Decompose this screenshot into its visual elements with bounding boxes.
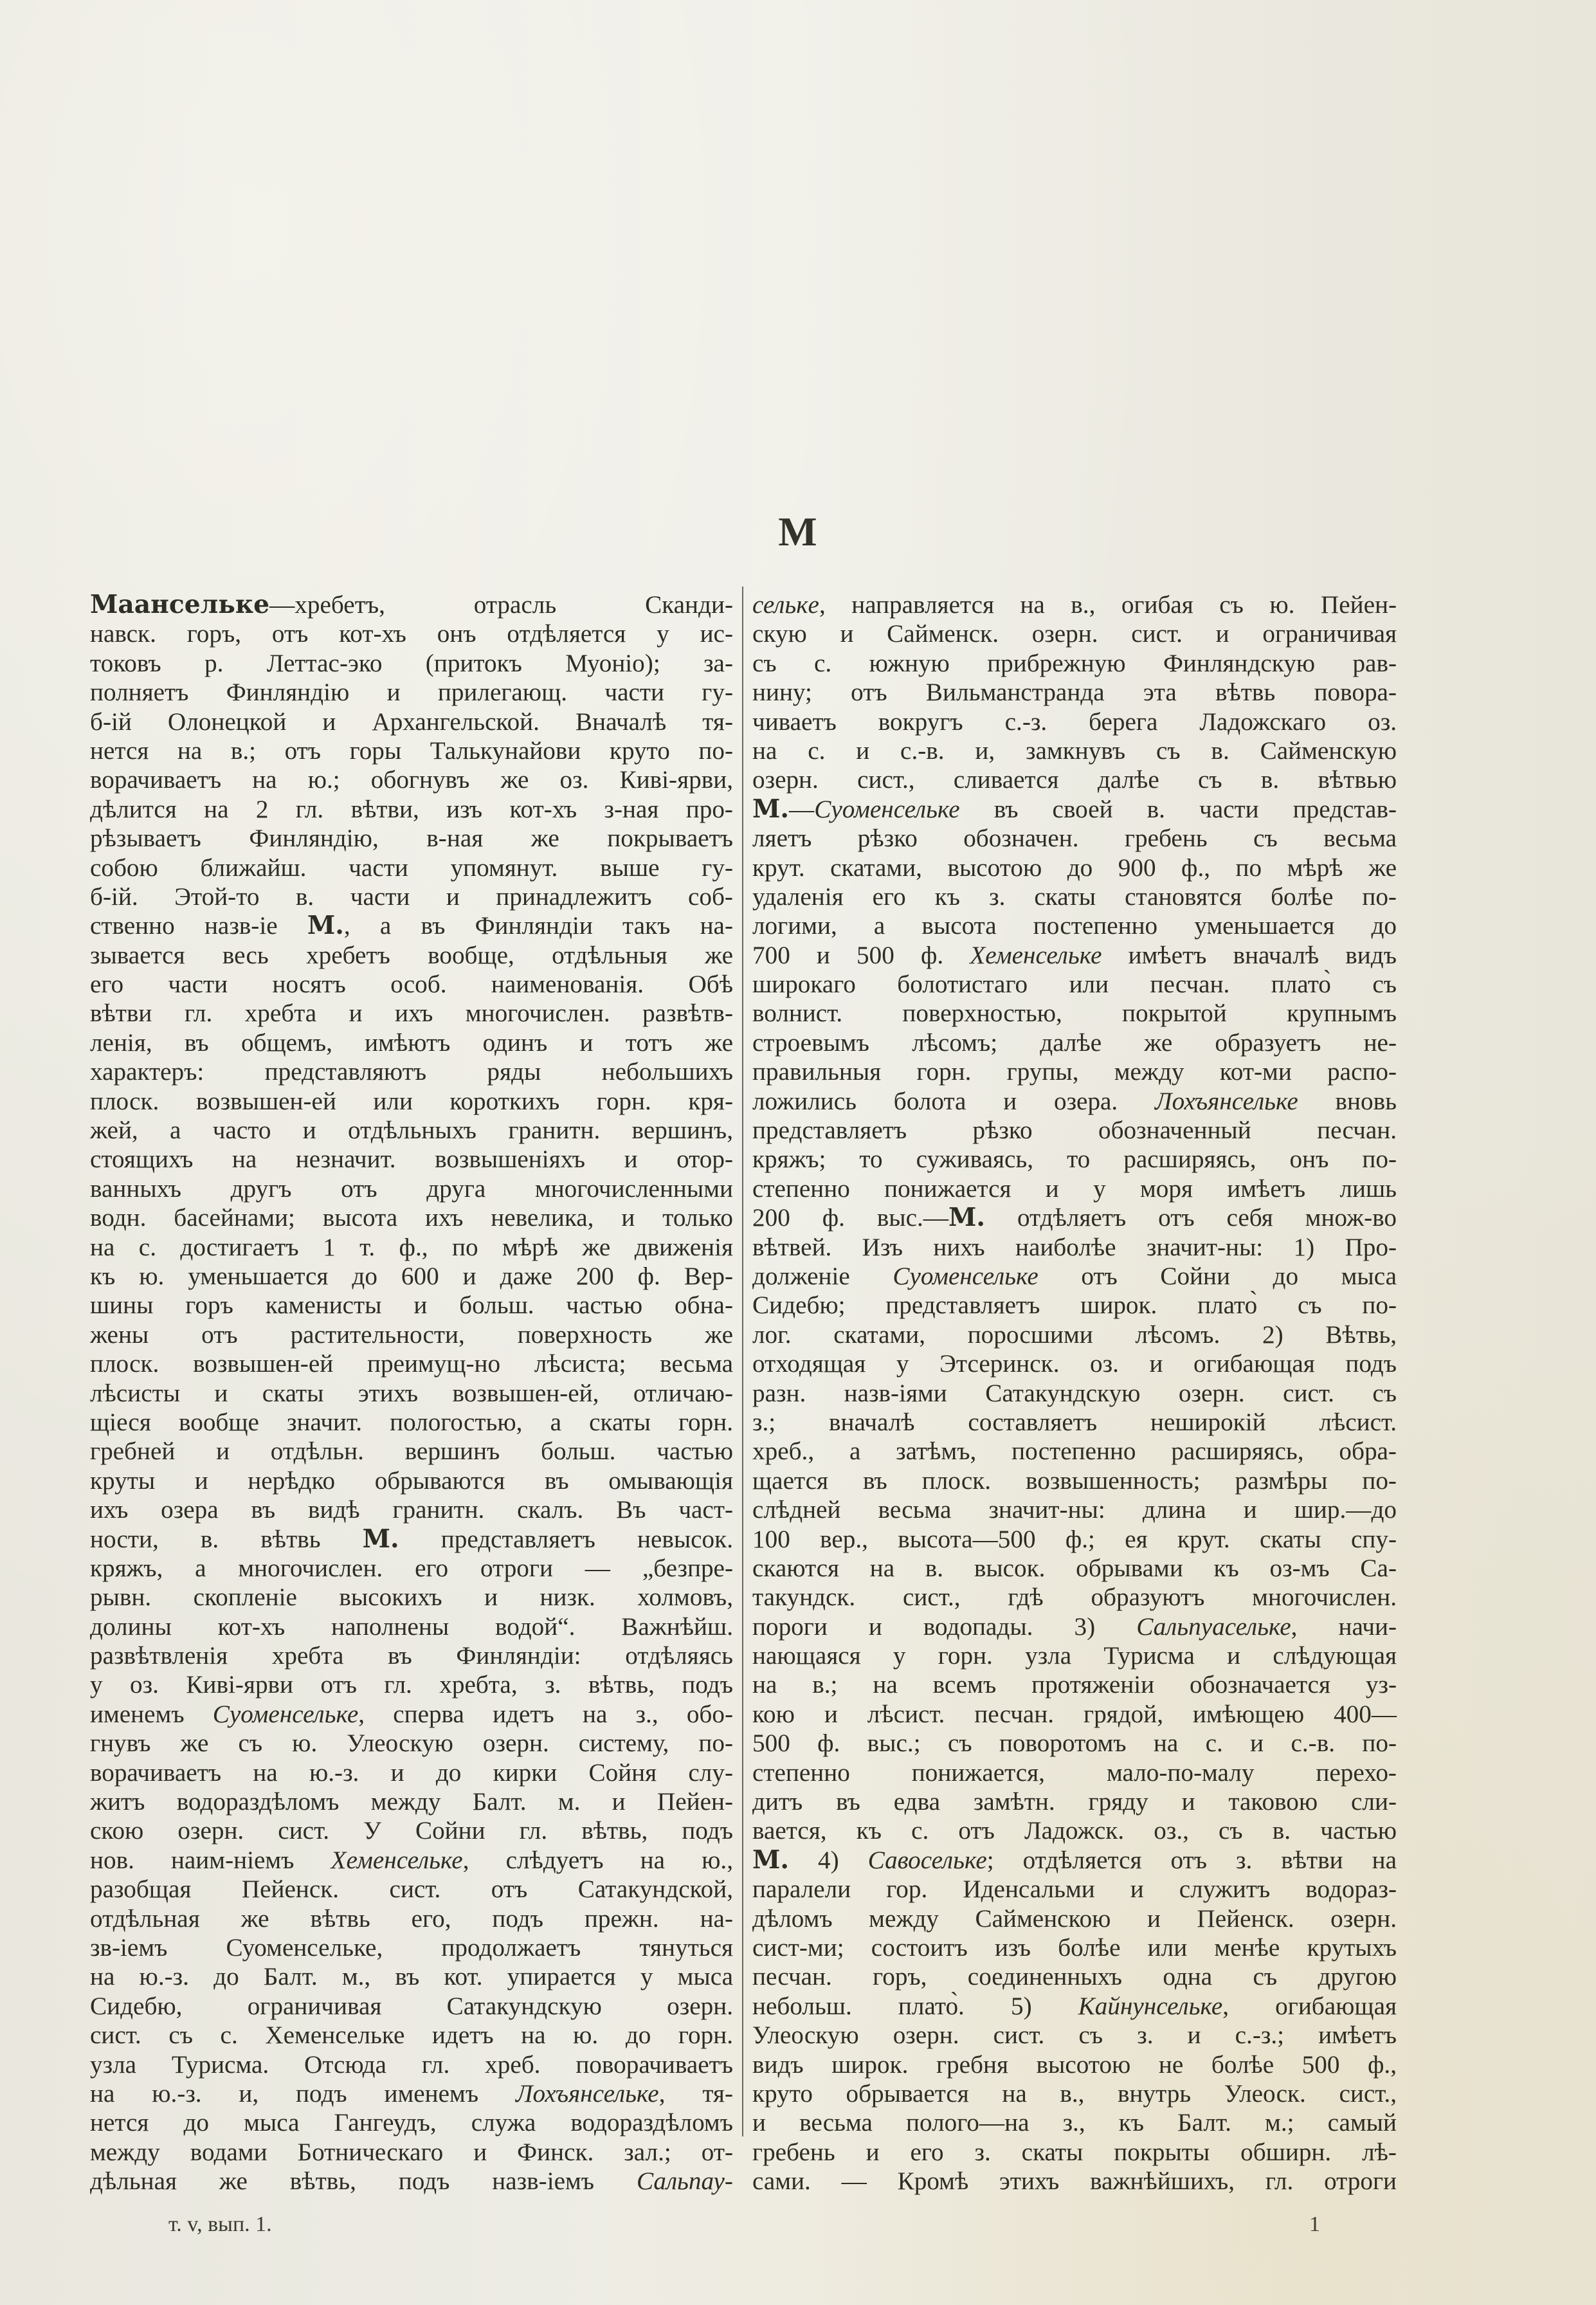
text-line: ворачиваетъ на ю.; обогнувъ же оз. Киві-… [90, 765, 733, 794]
text-line: гребней и отдѣльн. вершинъ больш. частью [90, 1437, 733, 1466]
text-line: вается, къ с. отъ Ладожск. оз., съ в. ча… [752, 1816, 1397, 1845]
text-run: крут. скатами, высотою до 900 ф., по мѣр… [752, 854, 1397, 882]
text-line: щается въ плоск. возвышенность; размѣры … [752, 1466, 1397, 1495]
text-line: съ с. южную прибрежную Финляндскую рав- [752, 649, 1397, 678]
text-line: у оз. Киві-ярви отъ гл. хребта, з. вѣтвь… [90, 1670, 733, 1699]
text-line: нающаяся у горн. узла Турисма и слѣдующа… [752, 1641, 1397, 1670]
text-line: паралели гор. Иденсальми и служитъ водор… [752, 1875, 1397, 1904]
text-run: шины горъ каменисты и больш. частью обна… [90, 1291, 733, 1319]
italic-term: Лохъянсельке [516, 2080, 659, 2108]
text-run: ванныхъ другъ отъ друга многочисленными [90, 1175, 733, 1203]
text-run: собою ближайш. части упомянут. выше гу- [90, 854, 733, 882]
text-line: полняетъ Финляндію и прилегающ. части гу… [90, 678, 733, 707]
text-run: зывается весь хребетъ вообще, отдѣльныя … [90, 942, 733, 969]
text-run: разобщая Пейенск. сист. отъ Сатакундской… [90, 1875, 733, 1903]
text-run: стоящихъ на незначит. возвышеніяхъ и ото… [90, 1145, 733, 1173]
text-run: 500 ф. выс.; съ поворотомъ на с. и с.-в.… [752, 1729, 1397, 1757]
text-run: именемъ [90, 1700, 213, 1728]
text-run: на в.; на всемъ протяженіи обозначается … [752, 1671, 1397, 1699]
text-run: —хребетъ, отрасль Сканди- [269, 591, 733, 619]
text-run: вается, къ с. отъ Ладожск. оз., съ в. ча… [752, 1817, 1397, 1845]
text-run: , начи- [1291, 1613, 1397, 1641]
text-run: степенно понижается и у моря имѣетъ лишь [752, 1175, 1397, 1203]
text-line: 200 ф. выс.—М. отдѣляетъ отъ себя множ-в… [752, 1203, 1397, 1232]
text-run: зв-іемъ Суоменсельке, продолжаетъ тянуть… [90, 1934, 733, 1962]
italic-term: селькe [752, 591, 819, 619]
text-line: удаленія его къ з. скаты становятся болѣ… [752, 882, 1397, 911]
text-run: сист. съ с. Хеменсельке идетъ на ю. до г… [90, 2021, 733, 2049]
text-run: озерн. сист., сливается далѣе съ в. вѣтв… [752, 766, 1397, 794]
text-run: жены отъ растительности, поверхность же [90, 1321, 733, 1349]
text-line: характеръ: представляютъ ряды небольшихъ [90, 1057, 733, 1086]
text-run: ; отдѣляется отъ з. вѣтви на [987, 1846, 1397, 1874]
text-line: вѣтви гл. хребта и ихъ многочислен. разв… [90, 999, 733, 1028]
text-line: дѣлится на 2 гл. вѣтви, изъ кот-хъ з-ная… [90, 795, 733, 824]
italic-term: Лохъянсельке [1155, 1088, 1298, 1115]
bold-term: М. [363, 1524, 399, 1554]
text-run: Сидебю, ограничивая Сатакундскую озерн. [90, 1992, 733, 2020]
text-line: сист. съ с. Хеменсельке идетъ на ю. до г… [90, 2021, 733, 2050]
text-run: ляетъ рѣзко обозначен. гребень съ весьма [752, 825, 1397, 852]
text-line: на ю.-з. до Балт. м., въ кот. упирается … [90, 1962, 733, 1991]
text-line: степенно понижается, мало-по-малу перехо… [752, 1758, 1397, 1787]
text-run: гребень и его з. скаты покрыты обширн. л… [752, 2138, 1397, 2166]
text-line: его части носятъ особ. наименованія. Обѣ [90, 970, 733, 999]
text-line: нину; отъ Вильманстранда эта вѣтвь повор… [752, 678, 1397, 707]
text-line: жей, а часто и отдѣльныхъ гранитн. верши… [90, 1116, 733, 1145]
text-line: кряжъ; то суживаясь, то расширяясь, онъ … [752, 1145, 1397, 1174]
text-run: 100 вер., высота—500 ф.; ея крут. скаты … [752, 1526, 1397, 1553]
text-line: Сидебю, ограничивая Сатакундскую озерн. [90, 1992, 733, 2021]
text-run: развѣтвленія хребта въ Финляндіи: отдѣля… [90, 1642, 733, 1670]
text-line: ванныхъ другъ отъ друга многочисленными [90, 1174, 733, 1203]
text-run: на с. достигаетъ 1 т. ф., по мѣрѣ же дви… [90, 1234, 733, 1261]
text-line: токовъ р. Леттас-эко (притокъ Муоніо); з… [90, 649, 733, 678]
text-run: скою озерн. сист. У Сойни гл. вѣтвь, под… [90, 1817, 733, 1845]
text-line: б-ій Олонецкой и Архангельской. Вначалѣ … [90, 707, 733, 736]
text-run: круто обрывается на в., внутрь Улеоск. с… [752, 2080, 1397, 2108]
text-line: зывается весь хребетъ вообще, отдѣльныя … [90, 941, 733, 970]
text-line: скою озерн. сист. У Сойни гл. вѣтвь, под… [90, 1816, 733, 1845]
text-line: стоящихъ на незначит. возвышеніяхъ и ото… [90, 1145, 733, 1174]
text-run: разн. назв-іями Сатакундскую озерн. сист… [752, 1380, 1397, 1407]
text-line: строевымъ лѣсомъ; далѣе же образуетъ не- [752, 1028, 1397, 1057]
text-line: ственно назв-іе М., а въ Финляндіи такъ … [90, 911, 733, 940]
italic-term: Суоменсельке [893, 1262, 1038, 1290]
text-line: представляетъ рѣзко обозначенный песчан. [752, 1116, 1397, 1145]
italic-term: Сальпуасельке [1136, 1613, 1291, 1641]
text-run: небольш. плато̀. 5) [752, 1992, 1078, 2020]
text-run: хреб., а затѣмъ, постепенно расширяясь, … [752, 1437, 1397, 1465]
text-line: зв-іемъ Суоменсельке, продолжаетъ тянуть… [90, 1933, 733, 1962]
text-line: къ ю. уменьшается до 600 и даже 200 ф. В… [90, 1262, 733, 1291]
left-text-column: Маанселькe—хребетъ, отрасль Сканди-навск… [90, 590, 733, 2196]
text-line: лѣсисты и скаты этихъ возвышен-ей, отлич… [90, 1379, 733, 1408]
text-line: Улеоскую озерн. сист. съ з. и с.-з.; имѣ… [752, 2021, 1397, 2050]
text-line: ложились болота и озера. Лохъянсельке вн… [752, 1087, 1397, 1116]
text-run: б-ій Олонецкой и Архангельской. Вначалѣ … [90, 708, 733, 736]
text-run: у оз. Киві-ярви отъ гл. хребта, з. вѣтвь… [90, 1671, 733, 1699]
text-run: 700 и 500 ф. [752, 942, 970, 969]
text-run: скаются на в. высок. обрывами къ оз-мъ С… [752, 1554, 1397, 1582]
text-line: на с. и с.-в. и, замкнувъ съ в. Сайменск… [752, 736, 1397, 765]
text-run: житъ водораздѣломъ между Балт. м. и Пейе… [90, 1788, 733, 1816]
text-line: житъ водораздѣломъ между Балт. м. и Пейе… [90, 1787, 733, 1816]
column-divider [742, 587, 743, 2136]
text-run: на ю.-з. до Балт. м., въ кот. упирается … [90, 1963, 733, 1991]
text-line: дѣльная же вѣтвь, подъ назв-іемъ Сальпау… [90, 2167, 733, 2196]
text-line: на с. достигаетъ 1 т. ф., по мѣрѣ же дви… [90, 1233, 733, 1262]
text-run: кою и лѣсист. песчан. грядой, имѣющею 40… [752, 1700, 1397, 1728]
text-line: ворачиваетъ на ю.-з. и до кирки Сойня сл… [90, 1758, 733, 1787]
text-run: сист-ми; состоитъ изъ болѣе или менѣе кр… [752, 1934, 1397, 1962]
text-run: плоск. возвышен-ей преимущ-но лѣсиста; в… [90, 1350, 733, 1378]
text-run: ленія, въ общемъ, имѣютъ одинъ и тотъ же [90, 1029, 733, 1057]
text-run: навск. горъ, отъ кот-хъ онъ отдѣляется у… [90, 620, 733, 648]
text-line: нется на в.; отъ горы Талькунайови круто… [90, 736, 733, 765]
text-line: ности, в. вѣтвь М. представляетъ невысок… [90, 1525, 733, 1554]
text-run: къ ю. уменьшается до 600 и даже 200 ф. В… [90, 1262, 733, 1290]
text-run: дѣльная же вѣтвь, подъ назв-іемъ [90, 2167, 637, 2195]
text-run: долины кот-хъ наполнены водой“. Важнѣйш. [90, 1613, 733, 1641]
text-line: узла Турисма. Отсюда гл. хреб. поворачив… [90, 2050, 733, 2079]
text-run: строевымъ лѣсомъ; далѣе же образуетъ не- [752, 1029, 1397, 1057]
text-run: отдѣляетъ отъ себя множ-во [985, 1204, 1397, 1232]
text-run: водн. басейнами; высота ихъ невелика, и … [90, 1204, 733, 1232]
text-line: небольш. плато̀. 5) Кайнунсельке, огибаю… [752, 1992, 1397, 2021]
text-line: песчан. горъ, соединенныхъ одна съ друго… [752, 1962, 1397, 1991]
text-run: представляетъ невысок. [399, 1526, 733, 1553]
text-run: рѣзываетъ Финляндію, в-ная же покрываетъ [90, 825, 733, 852]
text-line: жены отъ растительности, поверхность же [90, 1320, 733, 1349]
text-run: широкаго болотистаго или песчан. плато̀ … [752, 970, 1397, 998]
text-line: собою ближайш. части упомянут. выше гу- [90, 853, 733, 882]
text-run: имѣетъ вначалѣ видъ [1102, 942, 1397, 969]
text-run: гнувъ же съ ю. Улеоскую озерн. систему, … [90, 1729, 733, 1757]
text-line: логими, а высота постепенно уменьшается … [752, 911, 1397, 940]
text-run: удаленія его къ з. скаты становятся болѣ… [752, 883, 1397, 911]
text-line: скаются на в. высок. обрывами къ оз-мъ С… [752, 1554, 1397, 1583]
text-run: нов. наим-ніемъ [90, 1846, 331, 1874]
text-run: на с. и с.-в. и, замкнувъ съ в. Сайменск… [752, 737, 1397, 765]
text-run: пороги и водопады. 3) [752, 1613, 1136, 1641]
bold-term: М. [307, 911, 344, 940]
text-line: ихъ озера въ видѣ гранитн. скалъ. Въ час… [90, 1495, 733, 1524]
text-line: вѣтвей. Изъ нихъ наиболѣе значит-ны: 1) … [752, 1233, 1397, 1262]
text-run: логими, а высота постепенно уменьшается … [752, 912, 1397, 940]
italic-term: Хеменсельке [331, 1846, 463, 1874]
text-line: правильныя горн. групы, между кот-ми рас… [752, 1057, 1397, 1086]
text-run: его части носятъ особ. наименованія. Обѣ [90, 970, 733, 998]
text-line: нов. наим-ніемъ Хеменсельке, слѣдуетъ на… [90, 1846, 733, 1875]
text-line: такундск. сист., гдѣ образуютъ многочисл… [752, 1583, 1397, 1612]
text-run: и весьма полого—на з., къ Балт. м.; самы… [752, 2109, 1397, 2136]
text-run: нется на в.; отъ горы Талькунайови круто… [90, 737, 733, 765]
text-run: лѣсисты и скаты этихъ возвышен-ей, отлич… [90, 1380, 733, 1407]
text-run: песчан. горъ, соединенныхъ одна съ друго… [752, 1963, 1397, 1991]
text-run: волнист. поверхностью, покрытой крупнымъ [752, 999, 1397, 1027]
page-number: 1 [1309, 2212, 1320, 2237]
italic-term: Суоменсельке [814, 796, 959, 823]
text-run: дитъ въ едва замѣтн. гряду и таковою сли… [752, 1788, 1397, 1816]
text-run: щается въ плоск. возвышенность; размѣры … [752, 1467, 1397, 1495]
italic-term: Хеменсельке [970, 942, 1102, 969]
text-line: 100 вер., высота—500 ф.; ея крут. скаты … [752, 1525, 1397, 1554]
italic-term: Савосельке [868, 1846, 987, 1874]
text-run: отъ Сойни до мыса [1038, 1262, 1397, 1290]
text-run: полняетъ Финляндію и прилегающ. части гу… [90, 679, 733, 706]
text-line: сами. — Кромѣ этихъ важнѣйшихъ, гл. отро… [752, 2167, 1397, 2196]
text-line: ленія, въ общемъ, имѣютъ одинъ и тотъ же [90, 1028, 733, 1057]
text-run: ности, в. вѣтвь [90, 1526, 363, 1553]
text-run: видъ широк. гребня высотою не болѣе 500 … [752, 2051, 1397, 2079]
text-line: волнист. поверхностью, покрытой крупнымъ [752, 999, 1397, 1028]
text-run: узла Турисма. Отсюда гл. хреб. поворачив… [90, 2051, 733, 2079]
text-run: Улеоскую озерн. сист. съ з. и с.-з.; имѣ… [752, 2021, 1397, 2049]
text-run: , огибающая [1222, 1992, 1397, 2020]
text-run: нающаяся у горн. узла Турисма и слѣдующа… [752, 1642, 1397, 1670]
text-run: нется до мыса Гангеудъ, служа водораздѣл… [90, 2109, 733, 2136]
text-run: правильныя горн. групы, между кот-ми рас… [752, 1058, 1397, 1086]
text-run: на ю.-з. и, подъ именемъ [90, 2080, 516, 2108]
italic-term: Суоменсельке [213, 1700, 358, 1728]
text-line: крут. скатами, высотою до 900 ф., по мѣр… [752, 853, 1397, 882]
text-run: гребней и отдѣльн. вершинъ больш. частью [90, 1437, 733, 1465]
text-line: долины кот-хъ наполнены водой“. Важнѣйш. [90, 1612, 733, 1641]
text-line: лог. скатами, поросшими лѣсомъ. 2) Вѣтвь… [752, 1320, 1397, 1349]
text-run: дѣломъ между Сайменскою и Пейенск. озерн… [752, 1905, 1397, 1933]
text-line: чиваетъ вокругъ с.-з. берега Ладожскаго … [752, 707, 1397, 736]
text-line: отдѣльная же вѣтвь его, подъ прежн. на- [90, 1904, 733, 1933]
text-run: въ своей в. части представ- [960, 796, 1397, 823]
text-run: дѣлится на 2 гл. вѣтви, изъ кот-хъ з-ная… [90, 796, 733, 823]
right-text-column: селькe, направляется на в., огибая съ ю.… [752, 590, 1397, 2196]
text-line: дѣломъ между Сайменскою и Пейенск. озерн… [752, 1904, 1397, 1933]
text-line: круто обрывается на в., внутрь Улеоск. с… [752, 2079, 1397, 2108]
text-run: Сидебю; представляетъ широк. плато̀ съ п… [752, 1291, 1397, 1319]
text-line: з.; вначалѣ составляетъ неширокій лѣсист… [752, 1408, 1397, 1437]
bold-term: М. [752, 1845, 789, 1875]
text-line: рѣзываетъ Финляндію, в-ная же покрываетъ [90, 824, 733, 853]
text-run: жей, а часто и отдѣльныхъ гранитн. верши… [90, 1116, 733, 1144]
text-run: вѣтви гл. хребта и ихъ многочислен. разв… [90, 999, 733, 1027]
text-run: ихъ озера въ видѣ гранитн. скалъ. Въ час… [90, 1496, 733, 1524]
text-line: М.—Суоменсельке въ своей в. части предст… [752, 795, 1397, 824]
text-run: 200 ф. выс.— [752, 1204, 948, 1232]
text-line: водн. басейнами; высота ихъ невелика, и … [90, 1203, 733, 1232]
text-run: представляетъ рѣзко обозначенный песчан. [752, 1116, 1397, 1144]
text-run: ложились болота и озера. [752, 1088, 1155, 1115]
text-line: долженіе Суоменсельке отъ Сойни до мыса [752, 1262, 1397, 1291]
text-run: между водами Ботническаго и Финск. зал.;… [90, 2138, 733, 2166]
text-line: плоск. возвышен-ей или короткихъ горн. к… [90, 1087, 733, 1116]
text-run: съ с. южную прибрежную Финляндскую рав- [752, 650, 1397, 677]
text-run: отдѣльная же вѣтвь его, подъ прежн. на- [90, 1905, 733, 1933]
text-line: гнувъ же съ ю. Улеоскую озерн. систему, … [90, 1729, 733, 1758]
text-run: отходящая у Этсеринск. оз. и огибающая п… [752, 1350, 1397, 1378]
text-run: токовъ р. Леттас-эко (притокъ Муоніо); з… [90, 650, 733, 677]
text-line: рывн. скопленіе высокихъ и низк. холмовъ… [90, 1583, 733, 1612]
text-line: М. 4) Савосельке; отдѣляется отъ з. вѣтв… [752, 1846, 1397, 1875]
text-run: долженіе [752, 1262, 893, 1290]
text-line: круты и нерѣдко обрываются въ омывающія [90, 1466, 733, 1495]
text-line: скую и Сайменск. озерн. сист. и ограничи… [752, 619, 1397, 648]
text-line: разн. назв-іями Сатакундскую озерн. сист… [752, 1379, 1397, 1408]
text-run: вновь [1298, 1088, 1397, 1115]
text-run: ворачиваетъ на ю.-з. и до кирки Сойня сл… [90, 1759, 733, 1787]
text-run: ворачиваетъ на ю.; обогнувъ же оз. Киві-… [90, 766, 733, 794]
text-line: сист-ми; состоитъ изъ болѣе или менѣе кр… [752, 1933, 1397, 1962]
text-line: б-ій. Этой-то в. части и принадлежитъ со… [90, 882, 733, 911]
text-run: слѣдней весьма значит-ны: длина и шир.—д… [752, 1496, 1397, 1524]
text-line: Сидебю; представляетъ широк. плато̀ съ п… [752, 1291, 1397, 1320]
text-run: такундск. сист., гдѣ образуютъ многочисл… [752, 1583, 1397, 1611]
text-run: круты и нерѣдко обрываются въ омывающія [90, 1467, 733, 1495]
text-run: чиваетъ вокругъ с.-з. берега Ладожскаго … [752, 708, 1397, 736]
text-line: на ю.-з. и, подъ именемъ Лохъянсельке, т… [90, 2079, 733, 2108]
text-run: сами. — Кромѣ этихъ важнѣйшихъ, гл. отро… [752, 2167, 1397, 2195]
text-line: нется до мыса Гангеудъ, служа водораздѣл… [90, 2108, 733, 2137]
bold-term: М. [752, 794, 789, 824]
text-line: слѣдней весьма значит-ны: длина и шир.—д… [752, 1495, 1397, 1524]
text-run: , тя- [659, 2080, 733, 2108]
text-line: плоск. возвышен-ей преимущ-но лѣсиста; в… [90, 1349, 733, 1378]
text-line: щіеся вообще значит. пологостью, а скаты… [90, 1408, 733, 1437]
text-run: скую и Сайменск. озерн. сист. и ограничи… [752, 620, 1397, 648]
text-line: видъ широк. гребня высотою не болѣе 500 … [752, 2050, 1397, 2079]
text-run: , сперва идетъ на з., обо- [358, 1700, 733, 1728]
text-line: широкаго болотистаго или песчан. плато̀ … [752, 970, 1397, 999]
text-line: кряжъ, а многочислен. его отроги — „безп… [90, 1554, 733, 1583]
text-line: именемъ Суоменсельке, сперва идетъ на з.… [90, 1700, 733, 1729]
italic-term: Сальпау- [637, 2167, 733, 2195]
bold-term: Маанселькe [90, 590, 269, 619]
text-line: Маанселькe—хребетъ, отрасль Сканди- [90, 590, 733, 619]
text-run: , слѣдуетъ на ю., [463, 1846, 733, 1874]
text-run: кряжъ, а многочислен. его отроги — „безп… [90, 1554, 733, 1582]
italic-term: Кайнунсельке [1078, 1992, 1222, 2020]
text-line: 700 и 500 ф. Хеменсельке имѣетъ вначалѣ … [752, 941, 1397, 970]
text-run: б-ій. Этой-то в. части и принадлежитъ со… [90, 883, 733, 911]
text-line: пороги и водопады. 3) Сальпуасельке, нач… [752, 1612, 1397, 1641]
text-line: отходящая у Этсеринск. оз. и огибающая п… [752, 1349, 1397, 1378]
text-line: дитъ въ едва замѣтн. гряду и таковою сли… [752, 1787, 1397, 1816]
text-run: плоск. возвышен-ей или короткихъ горн. к… [90, 1088, 733, 1115]
encyclopedia-page: М Маанселькe—хребетъ, отрасль Сканди-нав… [0, 0, 1596, 2305]
text-line: кою и лѣсист. песчан. грядой, имѣющею 40… [752, 1700, 1397, 1729]
text-run: рывн. скопленіе высокихъ и низк. холмовъ… [90, 1583, 733, 1611]
text-line: на в.; на всемъ протяженіи обозначается … [752, 1670, 1397, 1699]
text-run: — [789, 796, 814, 823]
text-run: 4) [789, 1846, 868, 1874]
text-run: кряжъ; то суживаясь, то расширяясь, онъ … [752, 1145, 1397, 1173]
text-run: характеръ: представляютъ ряды небольшихъ [90, 1058, 733, 1086]
text-run: ственно назв-іе [90, 912, 307, 940]
text-line: ляетъ рѣзко обозначен. гребень съ весьма [752, 824, 1397, 853]
text-run: з.; вначалѣ составляетъ неширокій лѣсист… [752, 1408, 1397, 1436]
text-run: вѣтвей. Изъ нихъ наиболѣе значит-ны: 1) … [752, 1234, 1397, 1261]
text-line: степенно понижается и у моря имѣетъ лишь [752, 1174, 1397, 1203]
text-line: навск. горъ, отъ кот-хъ онъ отдѣляется у… [90, 619, 733, 648]
section-letter-heading: М [0, 508, 1596, 556]
text-line: 500 ф. выс.; съ поворотомъ на с. и с.-в.… [752, 1729, 1397, 1758]
text-line: шины горъ каменисты и больш. частью обна… [90, 1291, 733, 1320]
text-run: паралели гор. Иденсальми и служитъ водор… [752, 1875, 1397, 1903]
bold-term: М. [948, 1203, 985, 1232]
text-line: озерн. сист., сливается далѣе съ в. вѣтв… [752, 765, 1397, 794]
text-run: , а въ Финляндіи такъ на- [344, 912, 733, 940]
volume-signature: т. v, вып. 1. [168, 2212, 272, 2237]
text-line: хреб., а затѣмъ, постепенно расширяясь, … [752, 1437, 1397, 1466]
text-run: лог. скатами, поросшими лѣсомъ. 2) Вѣтвь… [752, 1321, 1397, 1349]
text-line: гребень и его з. скаты покрыты обширн. л… [752, 2138, 1397, 2167]
text-line: разобщая Пейенск. сист. отъ Сатакундской… [90, 1875, 733, 1904]
text-run: , направляется на в., огибая съ ю. Пейен… [819, 591, 1397, 619]
text-run: степенно понижается, мало-по-малу перехо… [752, 1759, 1397, 1787]
text-line: селькe, направляется на в., огибая съ ю.… [752, 590, 1397, 619]
text-line: развѣтвленія хребта въ Финляндіи: отдѣля… [90, 1641, 733, 1670]
text-run: нину; отъ Вильманстранда эта вѣтвь повор… [752, 679, 1397, 706]
text-line: между водами Ботническаго и Финск. зал.;… [90, 2138, 733, 2167]
text-run: щіеся вообще значит. пологостью, а скаты… [90, 1408, 733, 1436]
text-line: и весьма полого—на з., къ Балт. м.; самы… [752, 2108, 1397, 2137]
